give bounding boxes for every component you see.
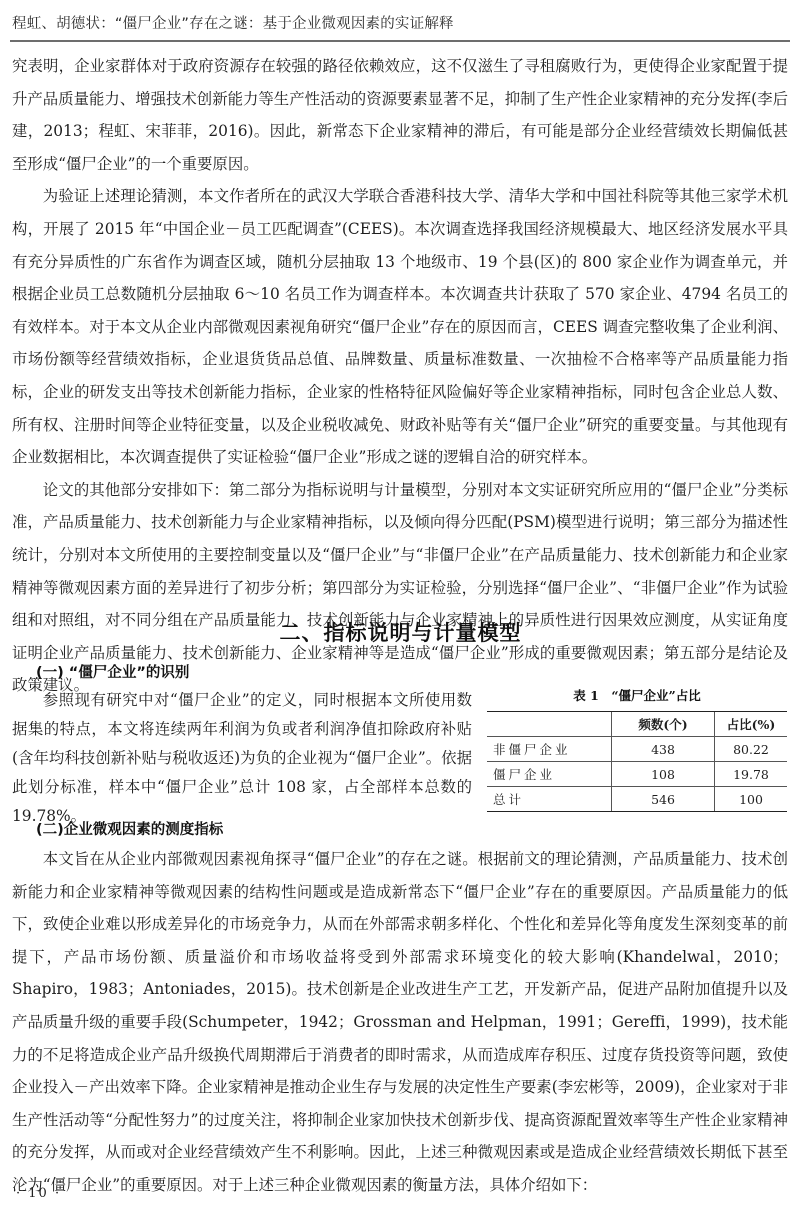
section-title: 二、指标说明与计量模型	[0, 615, 801, 651]
table-row: 总计 546 100	[487, 787, 787, 812]
zombie-share-table: 频数(个) 占比(%) 非僵尸企业 438 80.22 僵尸企业 108 19.…	[487, 711, 787, 812]
subsection-heading-2: (二)企业微观因素的测度指标	[36, 817, 223, 843]
subsection-1-body: 参照现有研究中对“僵尸企业”的定义，同时根据本文所使用数据集的特点，本文将连续两…	[12, 686, 472, 831]
table-header-row: 频数(个) 占比(%)	[487, 712, 787, 737]
table-cell: 108	[612, 762, 715, 787]
header-rule	[10, 40, 790, 42]
micro-factors-paragraph: 本文旨在从企业内部微观因素视角探寻“僵尸企业”的存在之谜。根据前文的理论猜测，产…	[12, 843, 788, 1202]
intro-paragraph-survey: 为验证上述理论猜测，本文作者所在的武汉大学联合香港科技大学、清华大学和中国社科院…	[12, 180, 788, 473]
zombie-definition-paragraph: 参照现有研究中对“僵尸企业”的定义，同时根据本文所使用数据集的特点，本文将连续两…	[12, 686, 472, 831]
page-number: · 10 ·	[16, 1186, 61, 1201]
table-cell: 546	[612, 787, 715, 812]
table-cell: 总计	[487, 787, 612, 812]
intro-section: 究表明，企业家群体对于政府资源存在较强的路径依赖效应，这不仅滋生了寻租腐败行为，…	[12, 50, 788, 702]
subsection-2-body: 本文旨在从企业内部微观因素视角探寻“僵尸企业”的存在之谜。根据前文的理论猜测，产…	[12, 843, 788, 1202]
table-caption: 表 1 “僵尸企业”占比	[487, 685, 787, 707]
table-header-cell: 占比(%)	[715, 712, 788, 737]
running-head: 程虹、胡德状：“僵尸企业”存在之谜：基于企业微观因素的实证解释	[12, 12, 786, 36]
table-header-cell: 频数(个)	[612, 712, 715, 737]
subsection-heading-1: (一) “僵尸企业”的识别	[36, 660, 189, 686]
table-header-cell	[487, 712, 612, 737]
table-cell: 438	[612, 737, 715, 762]
table-cell: 非僵尸企业	[487, 737, 612, 762]
intro-paragraph-continued: 究表明，企业家群体对于政府资源存在较强的路径依赖效应，这不仅滋生了寻租腐败行为，…	[12, 50, 788, 180]
table-row: 僵尸企业 108 19.78	[487, 762, 787, 787]
table-1: 表 1 “僵尸企业”占比 频数(个) 占比(%) 非僵尸企业 438 80.22…	[487, 685, 787, 812]
table-row: 非僵尸企业 438 80.22	[487, 737, 787, 762]
table-cell: 80.22	[715, 737, 788, 762]
table-cell: 100	[715, 787, 788, 812]
table-cell: 19.78	[715, 762, 788, 787]
table-cell: 僵尸企业	[487, 762, 612, 787]
